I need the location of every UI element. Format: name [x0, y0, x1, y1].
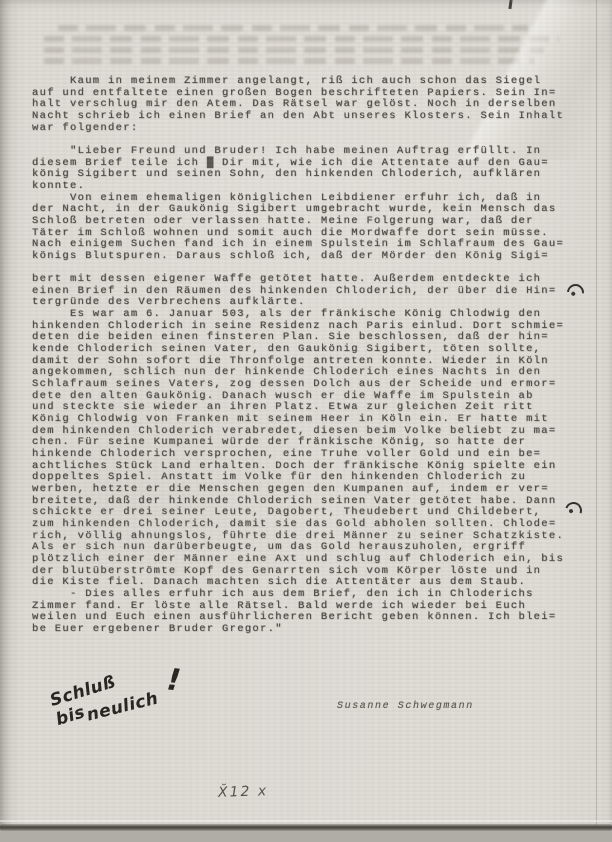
scanner-background: { "page": { "kind": "scanned typewritten… — [0, 0, 612, 842]
right-page-edge — [596, 0, 597, 826]
bleedthrough-line — [44, 47, 544, 53]
paper-sheet: Kaum in meinem Zimmer angelangt, riß ich… — [0, 0, 612, 826]
author-signature: Susanne Schwegmann — [337, 701, 474, 712]
bleedthrough-line — [44, 36, 559, 42]
handwritten-exclamation: ! — [165, 662, 182, 698]
letter-body: Kaum in meinem Zimmer angelangt, riß ich… — [32, 76, 564, 636]
page-number-mark: X̆12 x — [218, 783, 269, 801]
punch-hole-curl-top — [564, 281, 588, 305]
page-bottom-edge — [0, 824, 612, 831]
punch-hole-curl-bottom — [562, 499, 585, 522]
top-edge-tick — [508, 0, 512, 9]
page-edge-highlight — [0, 820, 612, 822]
bleedthrough-line — [44, 58, 534, 64]
bleedthrough-line — [58, 25, 528, 31]
